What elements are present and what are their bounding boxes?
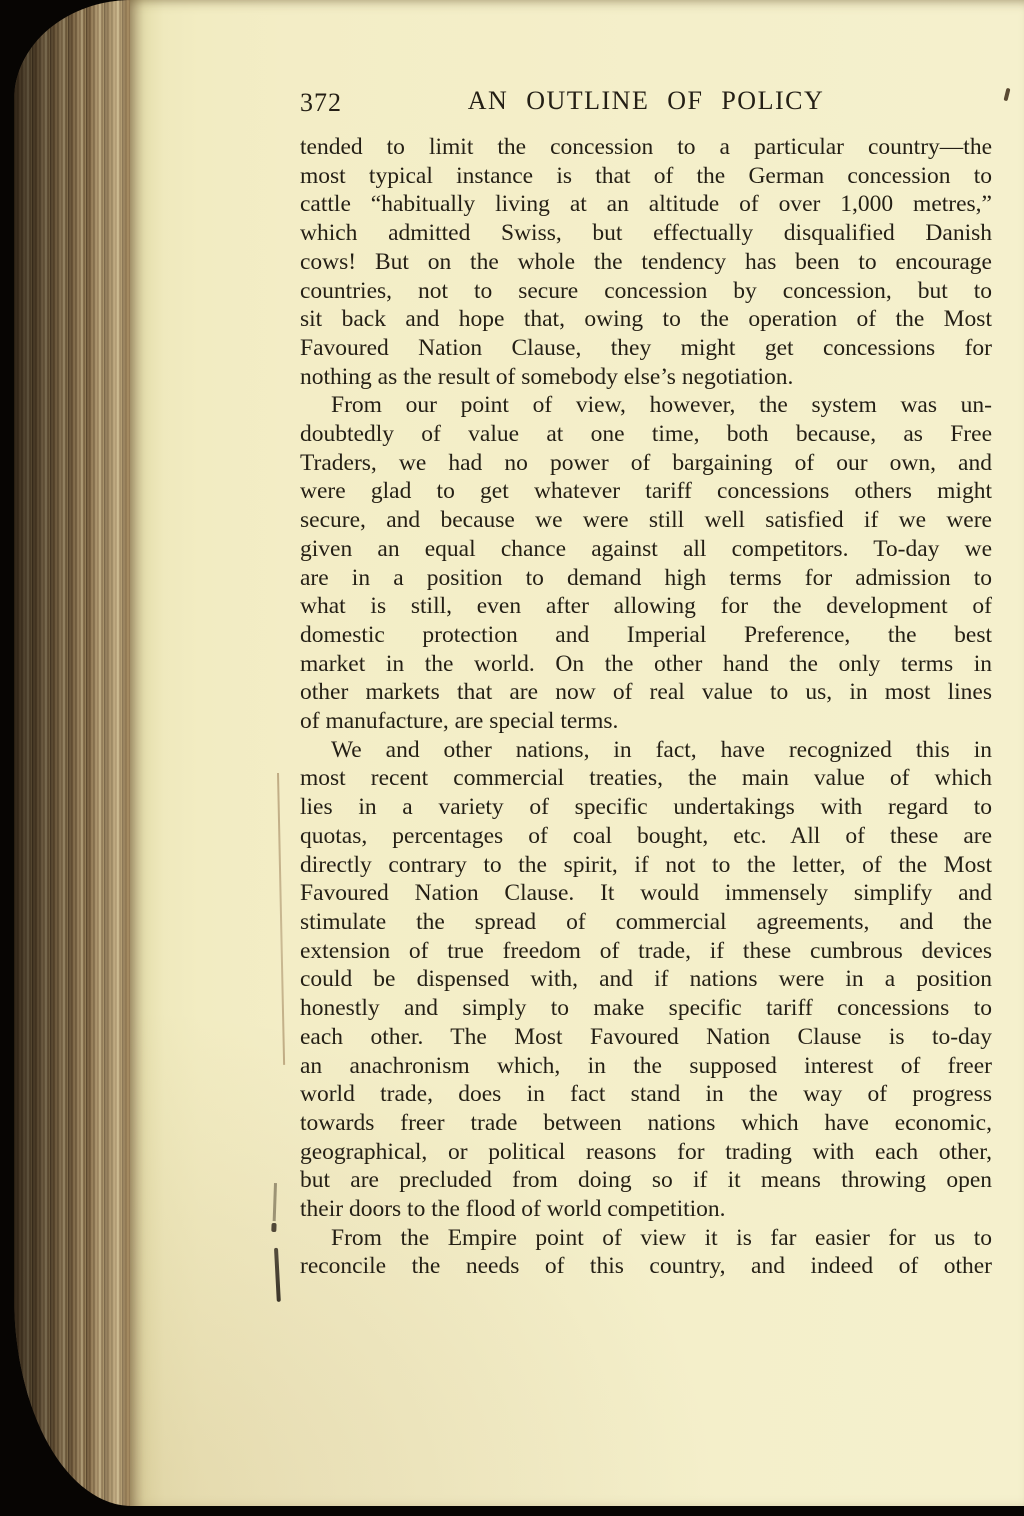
text-line: most typical instance is that of the Ger… xyxy=(300,162,992,191)
text-line: cows! But on the whole the tendency has … xyxy=(300,248,992,277)
text-line: geographical, or political reasons for t… xyxy=(300,1138,992,1167)
text-line: are in a position to demand high terms f… xyxy=(300,564,992,593)
text-line: quotas, percentages of coal bought, etc.… xyxy=(300,822,992,851)
text-line: Favoured Nation Clause, they might get c… xyxy=(300,334,992,363)
text-line: From the Empire point of view it is far … xyxy=(300,1224,992,1253)
text-line: other markets that are now of real value… xyxy=(300,678,992,707)
text-line: market in the world. On the other hand t… xyxy=(300,650,992,679)
text-line: an anachronism which, in the supposed in… xyxy=(300,1052,992,1081)
text-block: 372 AN OUTLINE OF POLICY tended to limit… xyxy=(300,86,992,1281)
text-line: sit back and hope that, owing to the ope… xyxy=(300,305,992,334)
text-line: stimulate the spread of commercial agree… xyxy=(300,908,992,937)
body-text: tended to limit the concession to a part… xyxy=(300,133,992,1281)
text-line: tended to limit the concession to a part… xyxy=(300,133,992,162)
paragraph: tended to limit the concession to a part… xyxy=(300,133,992,391)
page-header: 372 AN OUTLINE OF POLICY xyxy=(300,86,992,133)
text-line: secure, and because we were still well s… xyxy=(300,506,992,535)
text-line: domestic protection and Imperial Prefere… xyxy=(300,621,992,650)
text-line: nothing as the result of somebody else’s… xyxy=(300,363,992,392)
text-line: countries, not to secure concession by c… xyxy=(300,277,992,306)
text-line: their doors to the flood of world compet… xyxy=(300,1195,992,1224)
text-line: were glad to get whatever tariff concess… xyxy=(300,477,992,506)
text-line: of manufacture, are special terms. xyxy=(300,707,992,736)
text-line: doubtedly of value at one time, both bec… xyxy=(300,420,992,449)
text-line: most recent commercial treaties, the mai… xyxy=(300,764,992,793)
text-line: what is still, even after allowing for t… xyxy=(300,592,992,621)
text-line: honestly and simply to make specific tar… xyxy=(300,994,992,1023)
text-line: Favoured Nation Clause. It would immense… xyxy=(300,879,992,908)
text-line: lies in a variety of specific undertakin… xyxy=(300,793,992,822)
text-line: We and other nations, in fact, have reco… xyxy=(300,736,992,765)
text-line: reconcile the needs of this country, and… xyxy=(300,1252,992,1281)
text-line: world trade, does in fact stand in the w… xyxy=(300,1080,992,1109)
text-line: given an equal chance against all compet… xyxy=(300,535,992,564)
paragraph: We and other nations, in fact, have reco… xyxy=(300,736,992,1224)
text-line: Traders, we had no power of bargaining o… xyxy=(300,449,992,478)
text-line: extension of true freedom of trade, if t… xyxy=(300,937,992,966)
running-header-title: AN OUTLINE OF POLICY xyxy=(300,86,992,116)
text-line: From our point of view, however, the sys… xyxy=(300,391,992,420)
text-line: each other. The Most Favoured Nation Cla… xyxy=(300,1023,992,1052)
text-line: towards freer trade between nations whic… xyxy=(300,1109,992,1138)
text-line: directly contrary to the spirit, if not … xyxy=(300,851,992,880)
paragraph: From the Empire point of view it is far … xyxy=(300,1224,992,1281)
paragraph: From our point of view, however, the sys… xyxy=(300,391,992,735)
book-page-edges xyxy=(14,0,132,1506)
text-line: could be dispensed with, and if nations … xyxy=(300,965,992,994)
page-number-label: 372 xyxy=(300,88,342,118)
text-line: which admitted Swiss, but effectually di… xyxy=(300,219,992,248)
text-line: but are precluded from doing so if it me… xyxy=(300,1166,992,1195)
text-line: cattle “habitually living at an altitude… xyxy=(300,190,992,219)
